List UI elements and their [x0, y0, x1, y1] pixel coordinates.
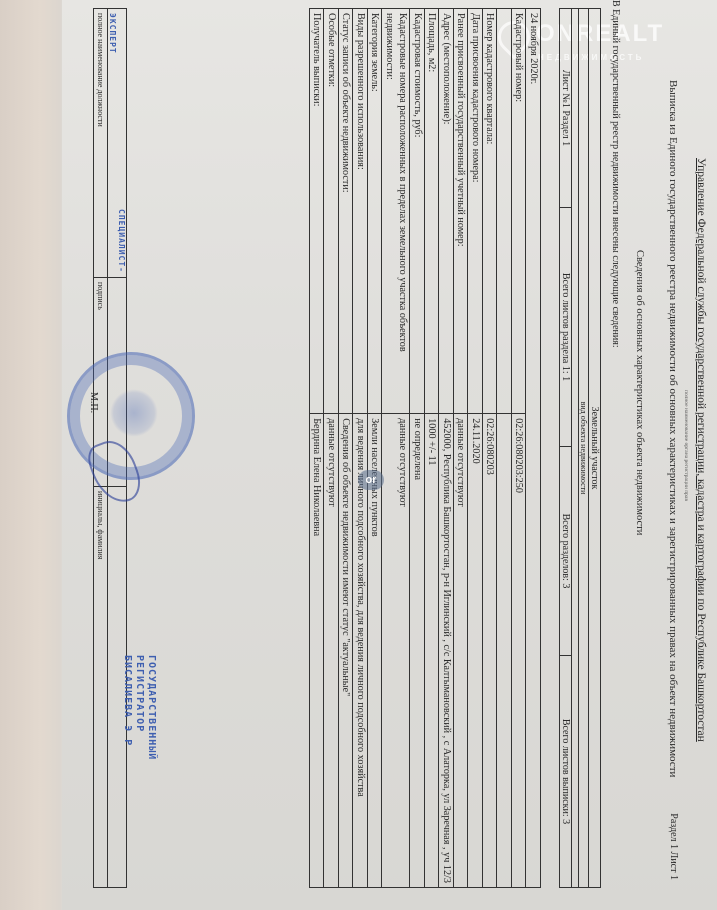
- table-row: Дата присвоения кадастрового номера:24.1…: [468, 9, 483, 888]
- row-value: 02:26:080203:250: [512, 414, 527, 888]
- row-value: не определена: [410, 414, 425, 888]
- row-label: Кадастровый номер:: [512, 9, 527, 414]
- position-caption: полное наименование должности: [94, 9, 108, 278]
- row-label: Статус записи об объекте недвижимости:: [339, 9, 354, 414]
- row-label: Виды разрешенного использования:: [353, 9, 368, 414]
- table-row: Виды разрешенного использования:для веде…: [353, 9, 368, 888]
- registrar-stamp: ГОСУДАРСТВЕННЫЙ РЕГИСТРАТОР БИСАЛИЕВА Э …: [121, 655, 157, 760]
- object-type: Земельный участок: [589, 9, 601, 888]
- table-row: Категория земель:Земли населенных пункто…: [368, 9, 383, 888]
- sheets-total: Всего листов выписки: 3: [560, 656, 572, 888]
- row-value: 452000, Республика Башкортостан, р-н Игл…: [439, 414, 454, 888]
- position-stamp: СПЕЦИАЛИСТ-ЭКСПЕРТ: [108, 9, 127, 278]
- overlay-watermark: or: [358, 470, 384, 490]
- name-caption: инициалы, фамилия: [94, 486, 108, 887]
- table-row: Особые отметки:данные отсутствуют: [324, 9, 339, 888]
- row-value: 02:26:080203: [483, 414, 498, 888]
- org-name: Управление Федеральной службы государств…: [695, 158, 707, 742]
- intro-text: В Единый государственный реестр недвижим…: [610, 0, 621, 348]
- characteristics-table: 24 ноября 2020г. Кадастровый номер:02:26…: [309, 8, 541, 888]
- row-label: Получатель выписки:: [310, 9, 325, 414]
- row-value: Берднна Елена Николаевна: [310, 414, 325, 888]
- document-title: Выписка из Единого государственного реес…: [667, 80, 679, 777]
- section-label: Раздел 1 Лист 1: [668, 813, 679, 880]
- sheets-in-section: Всего листов раздела 1: 1: [560, 208, 572, 447]
- table-row: Ранее присвоенный государственный учетны…: [454, 9, 469, 888]
- extract-date: 24 ноября 2020г.: [526, 9, 541, 888]
- row-value: данные отсутствуют: [454, 414, 469, 888]
- row-value: Сведения об объекте недвижимости имеют с…: [339, 414, 354, 888]
- table-row: Статус записи об объекте недвижимости:Св…: [339, 9, 354, 888]
- row-value: данные отсутствуют: [382, 414, 410, 888]
- row-value: 24.11.2020: [468, 414, 483, 888]
- row-label: Кадастровые номера расположенных в преде…: [382, 9, 410, 414]
- document-page: Управление Федеральной службы государств…: [62, 0, 717, 880]
- row-label: Особые отметки:: [324, 9, 339, 414]
- sections-total: Всего разделов: 3: [560, 447, 572, 656]
- org-caption: полное наименование органа регистрации п…: [683, 390, 689, 501]
- table-row: Получатель выписки:Берднна Елена Николае…: [310, 9, 325, 888]
- row-value: данные отсутствуют: [324, 414, 339, 888]
- row-value: 1000 +/- 11: [425, 414, 440, 888]
- document-subtitle: Сведения об основных характеристиках объ…: [634, 250, 645, 535]
- sheet-number: Лист №1 Раздел 1: [560, 9, 572, 208]
- row-label: Категория земель:: [368, 9, 383, 414]
- row-label: Номер кадастрового квартала:: [483, 9, 498, 414]
- seal-caption: М.П.: [88, 392, 99, 413]
- table-row: Кадастровые номера расположенных в преде…: [382, 9, 410, 888]
- row-label: Дата присвоения кадастрового номера:: [468, 9, 483, 414]
- table-row: Адрес (местоположение):452000, Республик…: [439, 9, 454, 888]
- row-label: Площадь, м2:: [425, 9, 440, 414]
- header-table: Земельный участок вид объекта недвижимос…: [559, 8, 601, 888]
- table-row: [497, 9, 512, 888]
- table-row: Номер кадастрового квартала:02:26:080203: [483, 9, 498, 888]
- row-label: Кадастровая стоимость, руб:: [410, 9, 425, 414]
- table-row: Кадастровый номер:02:26:080203:250: [512, 9, 527, 888]
- row-label: Ранее присвоенный государственный учетны…: [454, 9, 469, 414]
- object-type-caption: вид объекта недвижимости: [579, 9, 589, 888]
- row-label: Адрес (местоположение):: [439, 9, 454, 414]
- table-row: Площадь, м2:1000 +/- 11: [425, 9, 440, 888]
- table-row: Кадастровая стоимость, руб:не определена: [410, 9, 425, 888]
